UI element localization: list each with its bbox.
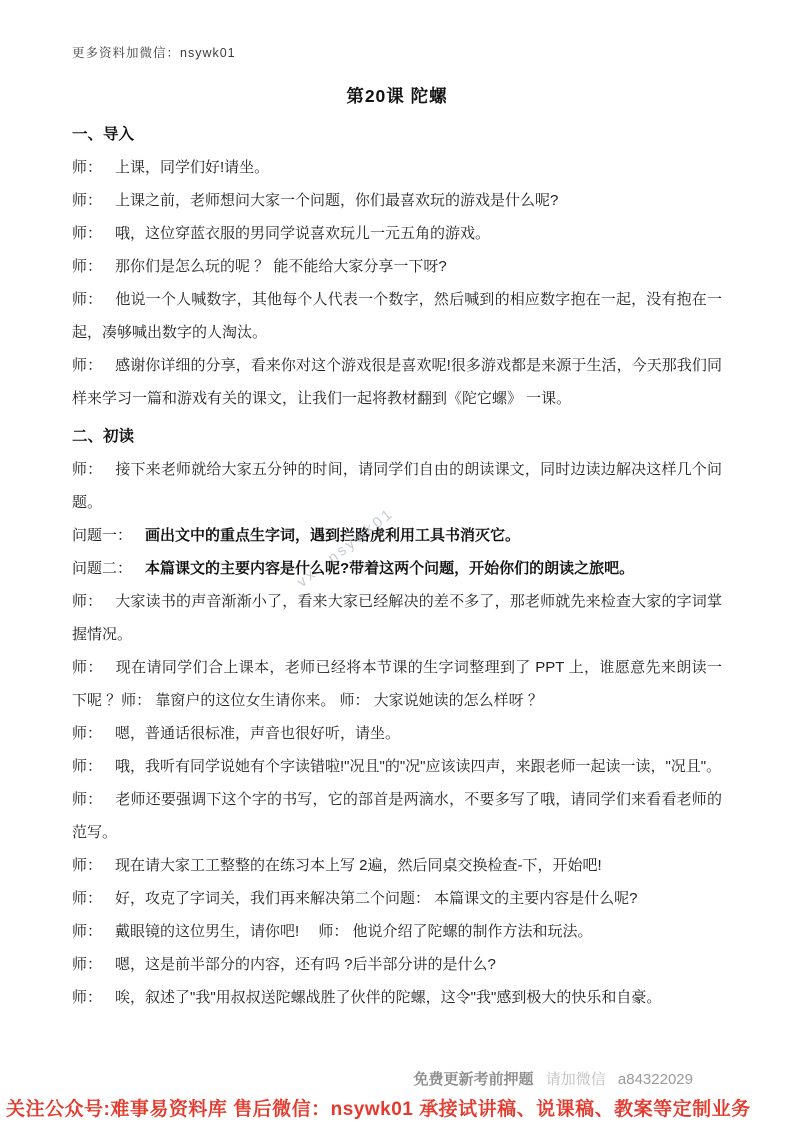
dialogue-line: 师：嗯，这是前半部分的内容，还有吗 ?后半部分讲的是什么?	[72, 948, 722, 981]
footer-note-title: 免费更新考前押题	[414, 1071, 534, 1088]
section-heading: 一、导入	[72, 118, 722, 151]
dialogue-line: 师：感谢你详细的分享，看来你对这个游戏很是喜欢呢!很多游戏都是来源于生活，今天那…	[72, 349, 722, 415]
speaker-label: 师：	[72, 923, 102, 940]
speaker-label: 问题一：	[72, 527, 132, 544]
dialogue-line: 师：哦，这位穿蓝衣服的男同学说喜欢玩儿一元五角的游戏。	[72, 217, 722, 250]
dialogue-text: 上课之前，老师想问大家一个问题，你们最喜欢玩的游戏是什么呢?	[115, 192, 558, 209]
dialogue-line: 师：现在请大家工工整整的在练习本上写 2遍，然后同桌交换检查-下，开始吧!	[72, 849, 722, 882]
speaker-label: 师：	[72, 659, 103, 676]
footer-note-hint: 请加微信	[546, 1071, 606, 1088]
dialogue-text: 唉，叙述了"我"用叔叔送陀螺战胜了伙伴的陀螺，这令"我"感到极大的快乐和自豪。	[115, 989, 661, 1006]
header-note: 更多资料加微信：nsywk01	[72, 45, 722, 61]
footer-wechat-id: a84322029	[618, 1071, 693, 1088]
dialogue-text: 本篇课文的主要内容是什么呢?带着这两个问题，开始你们的朗读之旅吧。	[145, 560, 634, 577]
speaker-label: 师：	[72, 725, 102, 742]
dialogue-text: 嗯，普通话很标准，声音也很好听，请坐。	[115, 725, 400, 742]
dialogue-text: 哦，这位穿蓝衣服的男同学说喜欢玩儿一元五角的游戏。	[115, 225, 490, 242]
footer-note: 免费更新考前押题 请加微信 a84322029	[414, 1068, 693, 1089]
dialogue-line: 师：现在请同学们合上课本，老师已经将本节课的生字词整理到了 PPT 上，谁愿意先…	[72, 651, 722, 717]
dialogue-line: 师：唉，叙述了"我"用叔叔送陀螺战胜了伙伴的陀螺，这令"我"感到极大的快乐和自豪…	[72, 981, 722, 1014]
dialogue-text: 他说一个人喊数字，其他每个人代表一个数字，然后喊到的相应数字抱在一起，没有抱在一…	[72, 291, 722, 341]
dialogue-line: 师：哦，我听有同学说她有个字读错啦!"况且"的"况"应该读四声，来跟老师一起读一…	[72, 750, 722, 783]
speaker-label: 师：	[72, 225, 102, 242]
dialogue-line: 师：老师还要强调下这个字的书写，它的部首是两滴水，不要多写了哦，请同学们来看看老…	[72, 783, 722, 849]
dialogue-line: 问题二：本篇课文的主要内容是什么呢?带着这两个问题，开始你们的朗读之旅吧。	[72, 552, 722, 585]
dialogue-text: 老师还要强调下这个字的书写，它的部首是两滴水，不要多写了哦，请同学们来看看老师的…	[72, 791, 722, 841]
document-page: 更多资料加微信：nsywk01 第20课 陀螺 一、导入师：上课，同学们好!请坐…	[0, 0, 793, 1122]
dialogue-text: 那你们是怎么玩的呢 ？ 能不能给大家分享一下呀?	[115, 258, 447, 275]
speaker-label: 师：	[72, 890, 102, 907]
dialogue-text: 戴眼镜的这位男生，请你吧! 师： 他说介绍了陀螺的制作方法和玩法。	[115, 923, 593, 940]
dialogue-line: 师：嗯，普通话很标准，声音也很好听，请坐。	[72, 717, 722, 750]
dialogue-text: 上课，同学们好!请坐。	[115, 159, 269, 176]
dialogue-text: 现在请大家工工整整的在练习本上写 2遍，然后同桌交换检查-下，开始吧!	[115, 857, 602, 874]
speaker-label: 师：	[72, 357, 102, 374]
dialogue-text: 好，攻克了字词关，我们再来解决第二个问题： 本篇课文的主要内容是什么呢?	[115, 890, 638, 907]
dialogue-line: 师：戴眼镜的这位男生，请你吧! 师： 他说介绍了陀螺的制作方法和玩法。	[72, 915, 722, 948]
dialogue-text: 感谢你详细的分享，看来你对这个游戏很是喜欢呢!很多游戏都是来源于生活，今天那我们…	[72, 357, 722, 407]
dialogue-line: 师：好，攻克了字词关，我们再来解决第二个问题： 本篇课文的主要内容是什么呢?	[72, 882, 722, 915]
speaker-label: 问题二：	[72, 560, 132, 577]
dialogue-line: 师：他说一个人喊数字，其他每个人代表一个数字，然后喊到的相应数字抱在一起，没有抱…	[72, 283, 722, 349]
speaker-label: 师：	[72, 192, 102, 209]
dialogue-text: 哦，我听有同学说她有个字读错啦!"况且"的"况"应该读四声，来跟老师一起读一读，…	[115, 758, 721, 775]
dialogue-line: 师：上课之前，老师想问大家一个问题，你们最喜欢玩的游戏是什么呢?	[72, 184, 722, 217]
promo-banner: 关注公众号:难事易资料库 售后微信：nsywk01 承接试讲稿、说课稿、教案等定…	[0, 1094, 793, 1121]
dialogue-line: 师：上课，同学们好!请坐。	[72, 151, 722, 184]
speaker-label: 师：	[72, 791, 102, 808]
speaker-label: 师：	[72, 758, 102, 775]
speaker-label: 师：	[72, 461, 102, 478]
dialogue-text: 画出文中的重点生字词，遇到拦路虎利用工具书消灭它。	[145, 527, 520, 544]
speaker-label: 师：	[72, 258, 102, 275]
section-heading: 二、初读	[72, 420, 722, 453]
page-title: 第20课 陀螺	[72, 83, 722, 108]
speaker-label: 师：	[72, 989, 102, 1006]
speaker-label: 师：	[72, 593, 102, 610]
dialogue-text: 嗯，这是前半部分的内容，还有吗 ?后半部分讲的是什么?	[115, 956, 496, 973]
dialogue-text: 现在请同学们合上课本，老师已经将本节课的生字词整理到了 PPT 上，谁愿意先来朗…	[72, 659, 722, 709]
speaker-label: 师：	[72, 857, 102, 874]
dialogue-text: 大家读书的声音渐渐小了，看来大家已经解决的差不多了，那老师就先来检查大家的字词掌…	[72, 593, 722, 643]
dialogue-line: 师：大家读书的声音渐渐小了，看来大家已经解决的差不多了，那老师就先来检查大家的字…	[72, 585, 722, 651]
speaker-label: 师：	[72, 159, 102, 176]
speaker-label: 师：	[72, 956, 102, 973]
document-body: 一、导入师：上课，同学们好!请坐。师：上课之前，老师想问大家一个问题，你们最喜欢…	[72, 118, 722, 1014]
dialogue-line: 问题一：画出文中的重点生字词，遇到拦路虎利用工具书消灭它。	[72, 519, 722, 552]
dialogue-line: 师：接下来老师就给大家五分钟的时间，请同学们自由的朗读课文，同时边读边解决这样几…	[72, 453, 722, 519]
dialogue-line: 师：那你们是怎么玩的呢 ？ 能不能给大家分享一下呀?	[72, 250, 722, 283]
speaker-label: 师：	[72, 291, 102, 308]
dialogue-text: 接下来老师就给大家五分钟的时间，请同学们自由的朗读课文，同时边读边解决这样几个问…	[72, 461, 722, 511]
